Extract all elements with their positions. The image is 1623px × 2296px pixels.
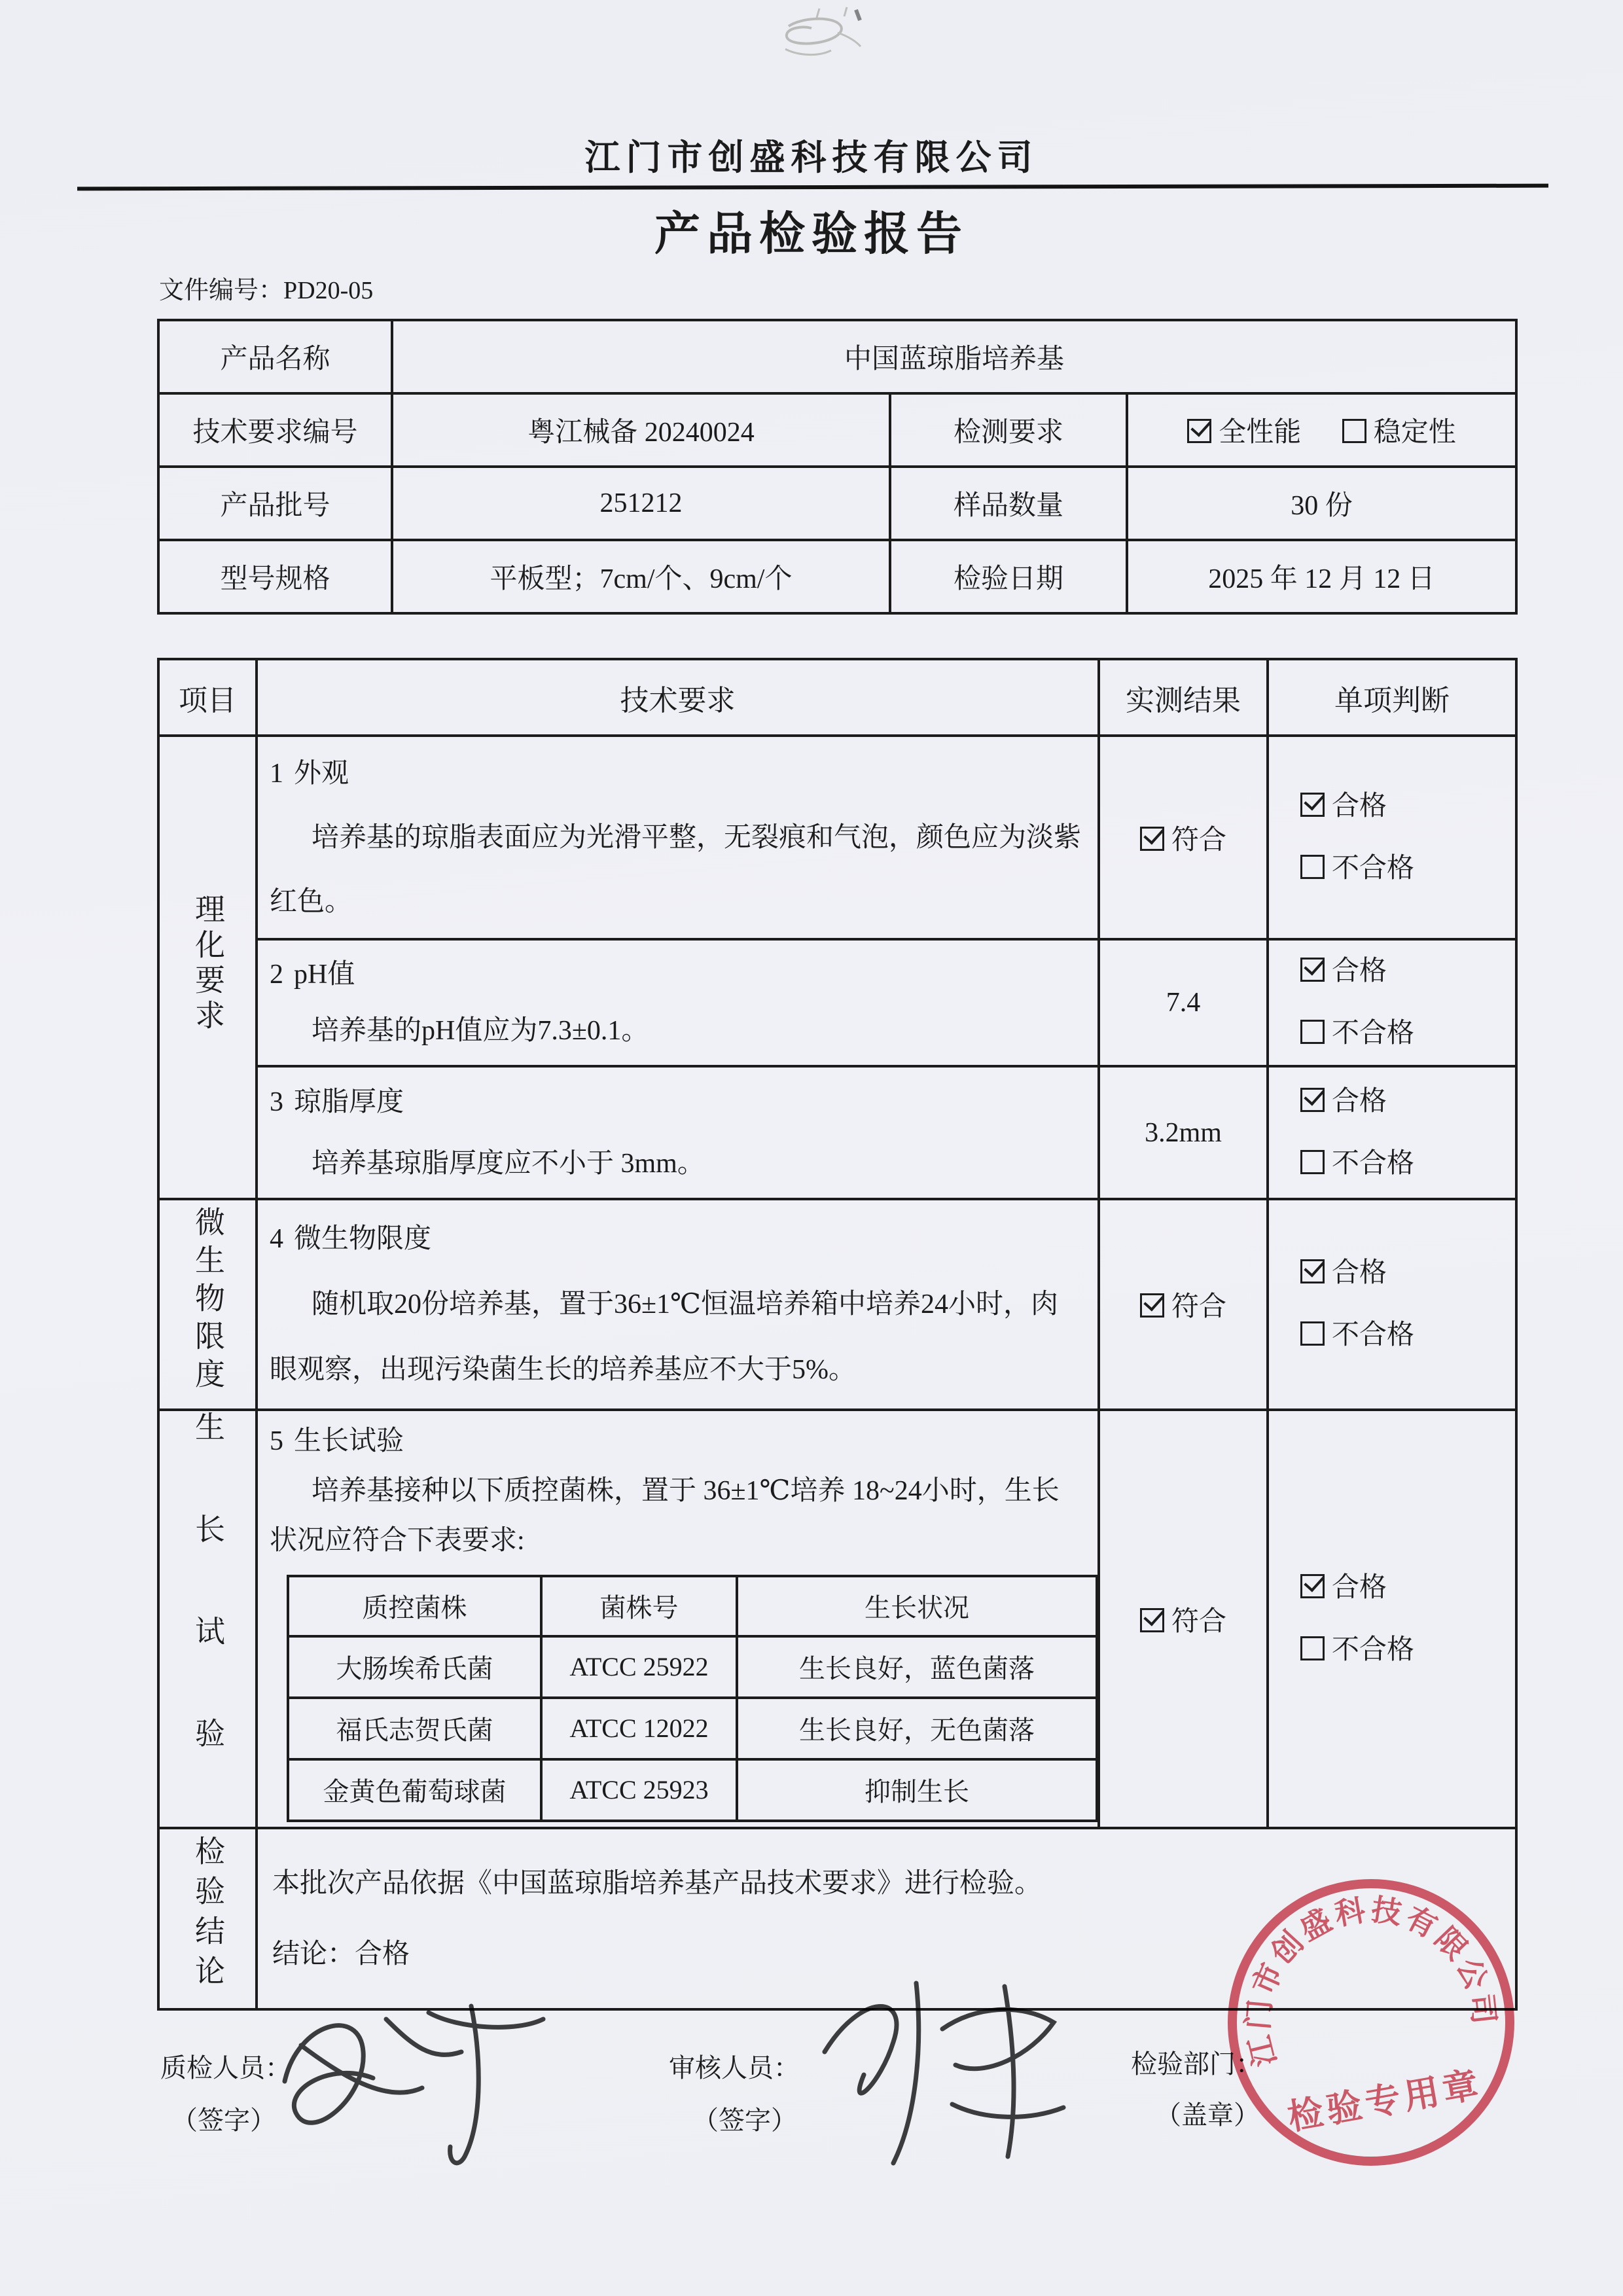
result-microbial-limit: 符合: [1099, 1199, 1268, 1410]
fail-label: 不合格: [1332, 1635, 1414, 1665]
requirement-growth-test: 5生长试验 培养基接种以下质控菌株，置于 36±1℃培养 18~24小时，生长状…: [257, 1410, 1099, 1828]
batch-no-label: 产品批号: [158, 467, 392, 540]
judgement-growth-test: 合格 不合格: [1268, 1410, 1516, 1828]
checkbox-icon: [1187, 419, 1211, 443]
checkbox-icon: [1300, 1088, 1325, 1112]
model-spec-label: 型号规格: [158, 540, 392, 613]
product-name-label: 产品名称: [158, 320, 392, 393]
strain-growth: 抑制生长: [737, 1759, 1097, 1821]
checkbox-icon: [1140, 827, 1164, 851]
result-table-header-row: 项目 技术要求 实测结果 单项判断: [158, 659, 1516, 736]
qc-signer-sub: （签字）: [171, 2100, 276, 2137]
result-agar-thickness: 3.2mm: [1099, 1066, 1268, 1199]
detection-req-label: 检测要求: [890, 393, 1127, 467]
model-spec-value: 平板型；7cm/个、9cm/个: [392, 540, 890, 613]
pass-label: 合格: [1332, 791, 1387, 821]
item-text: 随机取20份培养基，置于36±1℃恒温培养箱中培养24小时，肉眼观察，出现污染菌…: [270, 1272, 1086, 1403]
row-microbial-limit: 微生物限度 4微生物限度 随机取20份培养基，置于36±1℃恒温培养箱中培养24…: [158, 1199, 1516, 1410]
strain-growth: 生长良好，蓝色菌落: [737, 1636, 1097, 1698]
item-text: 培养基的pH值应为7.3±0.1。: [270, 1003, 1086, 1059]
tech-req-no-label: 技术要求编号: [158, 393, 392, 467]
row-ph: 2pH值 培养基的pH值应为7.3±0.1。 7.4 合格 不合格: [158, 939, 1516, 1066]
strain-name: 大肠埃希氏菌: [288, 1636, 541, 1698]
table-row: 产品名称 中国蓝琼脂培养基: [158, 320, 1516, 393]
inspect-date-label: 检验日期: [890, 540, 1127, 613]
table-row: 型号规格 平板型；7cm/个、9cm/个 检验日期 2025 年 12 月 12…: [158, 540, 1516, 613]
strain-col-header: 菌株号: [541, 1576, 737, 1636]
detection-req-value: 全性能 稳定性: [1127, 393, 1516, 467]
item-name: pH值: [294, 960, 355, 990]
strain-code: ATCC 12022: [541, 1698, 737, 1759]
strain-row-shigella: 福氏志贺氏菌 ATCC 12022 生长良好，无色菌落: [288, 1698, 1097, 1759]
result-label: 符合: [1171, 1292, 1226, 1322]
option-stability: 稳定性: [1342, 418, 1456, 448]
strain-row-ecoli: 大肠埃希氏菌 ATCC 25922 生长良好，蓝色菌落: [288, 1636, 1097, 1698]
category-growth: 生长试验: [158, 1410, 257, 1828]
header-divider-rule: [77, 184, 1548, 191]
pass-label: 合格: [1332, 1573, 1387, 1603]
checkbox-icon: [1300, 1020, 1325, 1044]
result-appearance: 符合: [1099, 736, 1268, 939]
product-name-value: 中国蓝琼脂培养基: [392, 320, 1516, 393]
requirement-ph: 2pH值 培养基的pH值应为7.3±0.1。: [257, 939, 1099, 1066]
strain-code: ATCC 25923: [541, 1759, 737, 1821]
sample-qty-value: 30 份: [1127, 467, 1516, 540]
checkbox-icon: [1300, 1636, 1325, 1660]
item-text: 培养基接种以下质控菌株，置于 36±1℃培养 18~24小时，生长状况应符合下表…: [270, 1466, 1086, 1566]
option-label: 稳定性: [1374, 418, 1456, 448]
batch-no-value: 251212: [392, 467, 890, 540]
strain-name: 金黄色葡萄球菌: [288, 1759, 541, 1821]
stamp-company-arc-text: 江门市创盛科技有限公司: [1221, 1873, 1503, 2070]
item-no: 2: [270, 960, 283, 990]
pass-label: 合格: [1332, 1086, 1387, 1117]
doc-number: 文件编号：PD20-05: [159, 270, 373, 306]
checkbox-icon: [1342, 419, 1366, 443]
checkbox-icon: [1300, 793, 1325, 817]
stamp-caption: 检验专用章: [1285, 2064, 1485, 2138]
strain-col-header: 生长状况: [737, 1576, 1097, 1636]
company-stamp: 江门市创盛科技有限公司 检验专用章: [1198, 1850, 1544, 2195]
strain-col-header: 质控菌株: [288, 1576, 541, 1636]
fail-label: 不合格: [1332, 1149, 1414, 1179]
item-no: 4: [270, 1224, 283, 1254]
category-label: 微生物限度: [192, 1206, 223, 1396]
option-label: 全性能: [1219, 418, 1301, 448]
result-label: 符合: [1171, 825, 1226, 855]
item-no: 5: [270, 1426, 283, 1456]
requirement-appearance: 1外观 培养基的琼脂表面应为光滑平整，无裂痕和气泡，颜色应为淡紫红色。: [257, 736, 1099, 939]
requirement-agar-thickness: 3琼脂厚度 培养基琼脂厚度应不小于 3mm。: [257, 1066, 1099, 1199]
reviewer-label: 审核人员：: [669, 2047, 800, 2085]
strain-growth: 生长良好，无色菌落: [737, 1698, 1097, 1759]
strain-table: 质控菌株 菌株号 生长状况 大肠埃希氏菌 ATCC 25922 生长良好，蓝色菌…: [287, 1575, 1098, 1822]
item-text: 培养基的琼脂表面应为光滑平整，无裂痕和气泡，颜色应为淡紫红色。: [270, 806, 1086, 934]
category-physchem: 理化要求: [158, 736, 257, 1199]
strain-row-staph: 金黄色葡萄球菌 ATCC 25923 抑制生长: [288, 1759, 1097, 1821]
item-no: 1: [270, 759, 283, 789]
result-label: 符合: [1171, 1607, 1226, 1637]
pencil-smudge: [740, 3, 910, 88]
row-appearance: 理化要求 1外观 培养基的琼脂表面应为光滑平整，无裂痕和气泡，颜色应为淡紫红色。…: [158, 736, 1516, 939]
strain-code: ATCC 25922: [541, 1636, 737, 1698]
checkbox-icon: [1300, 1150, 1325, 1174]
checkbox-icon: [1140, 1293, 1164, 1318]
fail-label: 不合格: [1332, 1320, 1414, 1350]
checkbox-icon: [1140, 1608, 1164, 1632]
row-growth-test: 生长试验 5生长试验 培养基接种以下质控菌株，置于 36±1℃培养 18~24小…: [158, 1410, 1516, 1828]
fail-label: 不合格: [1332, 1018, 1414, 1049]
judgement-appearance: 合格 不合格: [1268, 736, 1516, 939]
row-agar-thickness: 3琼脂厚度 培养基琼脂厚度应不小于 3mm。 3.2mm 合格 不合格: [158, 1066, 1516, 1199]
result-ph: 7.4: [1099, 939, 1268, 1066]
strain-name: 福氏志贺氏菌: [288, 1698, 541, 1759]
checkbox-icon: [1300, 958, 1325, 982]
judgement-agar-thickness: 合格 不合格: [1268, 1066, 1516, 1199]
category-label: 检验结论: [192, 1835, 223, 1995]
checkbox-icon: [1300, 1321, 1325, 1346]
fail-label: 不合格: [1332, 853, 1414, 884]
category-micro: 微生物限度: [158, 1199, 257, 1410]
pass-label: 合格: [1332, 1258, 1387, 1288]
item-name: 生长试验: [294, 1426, 404, 1456]
product-info-table: 产品名称 中国蓝琼脂培养基 技术要求编号 粤江械备 20240024 检测要求 …: [157, 319, 1518, 615]
col-header-judgement: 单项判断: [1268, 659, 1516, 736]
requirement-microbial-limit: 4微生物限度 随机取20份培养基，置于36±1℃恒温培养箱中培养24小时，肉眼观…: [257, 1199, 1099, 1410]
judgement-ph: 合格 不合格: [1268, 939, 1516, 1066]
qc-signature: [262, 1983, 569, 2186]
tech-req-no-value: 粤江械备 20240024: [392, 393, 890, 467]
item-name: 琼脂厚度: [294, 1087, 404, 1117]
item-name: 外观: [294, 759, 349, 789]
result-table: 项目 技术要求 实测结果 单项判断 理化要求 1外观 培养基的琼脂表面应为光滑平…: [157, 658, 1518, 2011]
table-row: 技术要求编号 粤江械备 20240024 检测要求 全性能 稳定性: [158, 393, 1516, 467]
checkbox-icon: [1300, 1574, 1325, 1598]
col-header-requirement: 技术要求: [257, 659, 1099, 736]
pass-label: 合格: [1332, 956, 1387, 986]
item-name: 微生物限度: [294, 1224, 431, 1254]
col-header-result: 实测结果: [1099, 659, 1268, 736]
strain-table-header-row: 质控菌株 菌株号 生长状况: [288, 1576, 1097, 1636]
result-growth-test: 符合: [1099, 1410, 1268, 1828]
category-label: 理化要求: [192, 893, 223, 1035]
scanned-inspection-report-page: 江门市创盛科技有限公司 产品检验报告 文件编号：PD20-05 产品名称 中国蓝…: [0, 0, 1623, 2296]
sample-qty-label: 样品数量: [890, 467, 1127, 540]
company-name: 江门市创盛科技有限公司: [0, 130, 1623, 180]
judgement-microbial-limit: 合格 不合格: [1268, 1199, 1516, 1410]
table-row: 产品批号 251212 样品数量 30 份: [158, 467, 1516, 540]
checkbox-icon: [1300, 1259, 1325, 1283]
reviewer-signature: [789, 1967, 1090, 2183]
report-title: 产品检验报告: [0, 197, 1623, 263]
item-text: 培养基琼脂厚度应不小于 3mm。: [270, 1133, 1086, 1194]
item-no: 3: [270, 1087, 283, 1117]
inspect-date-value: 2025 年 12 月 12 日: [1127, 540, 1516, 613]
option-full-performance: 全性能: [1187, 418, 1301, 448]
reviewer-sub: （签字）: [692, 2100, 797, 2137]
category-conclusion: 检验结论: [158, 1828, 257, 2009]
col-header-item: 项目: [158, 659, 257, 736]
checkbox-icon: [1300, 855, 1325, 879]
category-label: 生长试验: [192, 1411, 223, 1820]
